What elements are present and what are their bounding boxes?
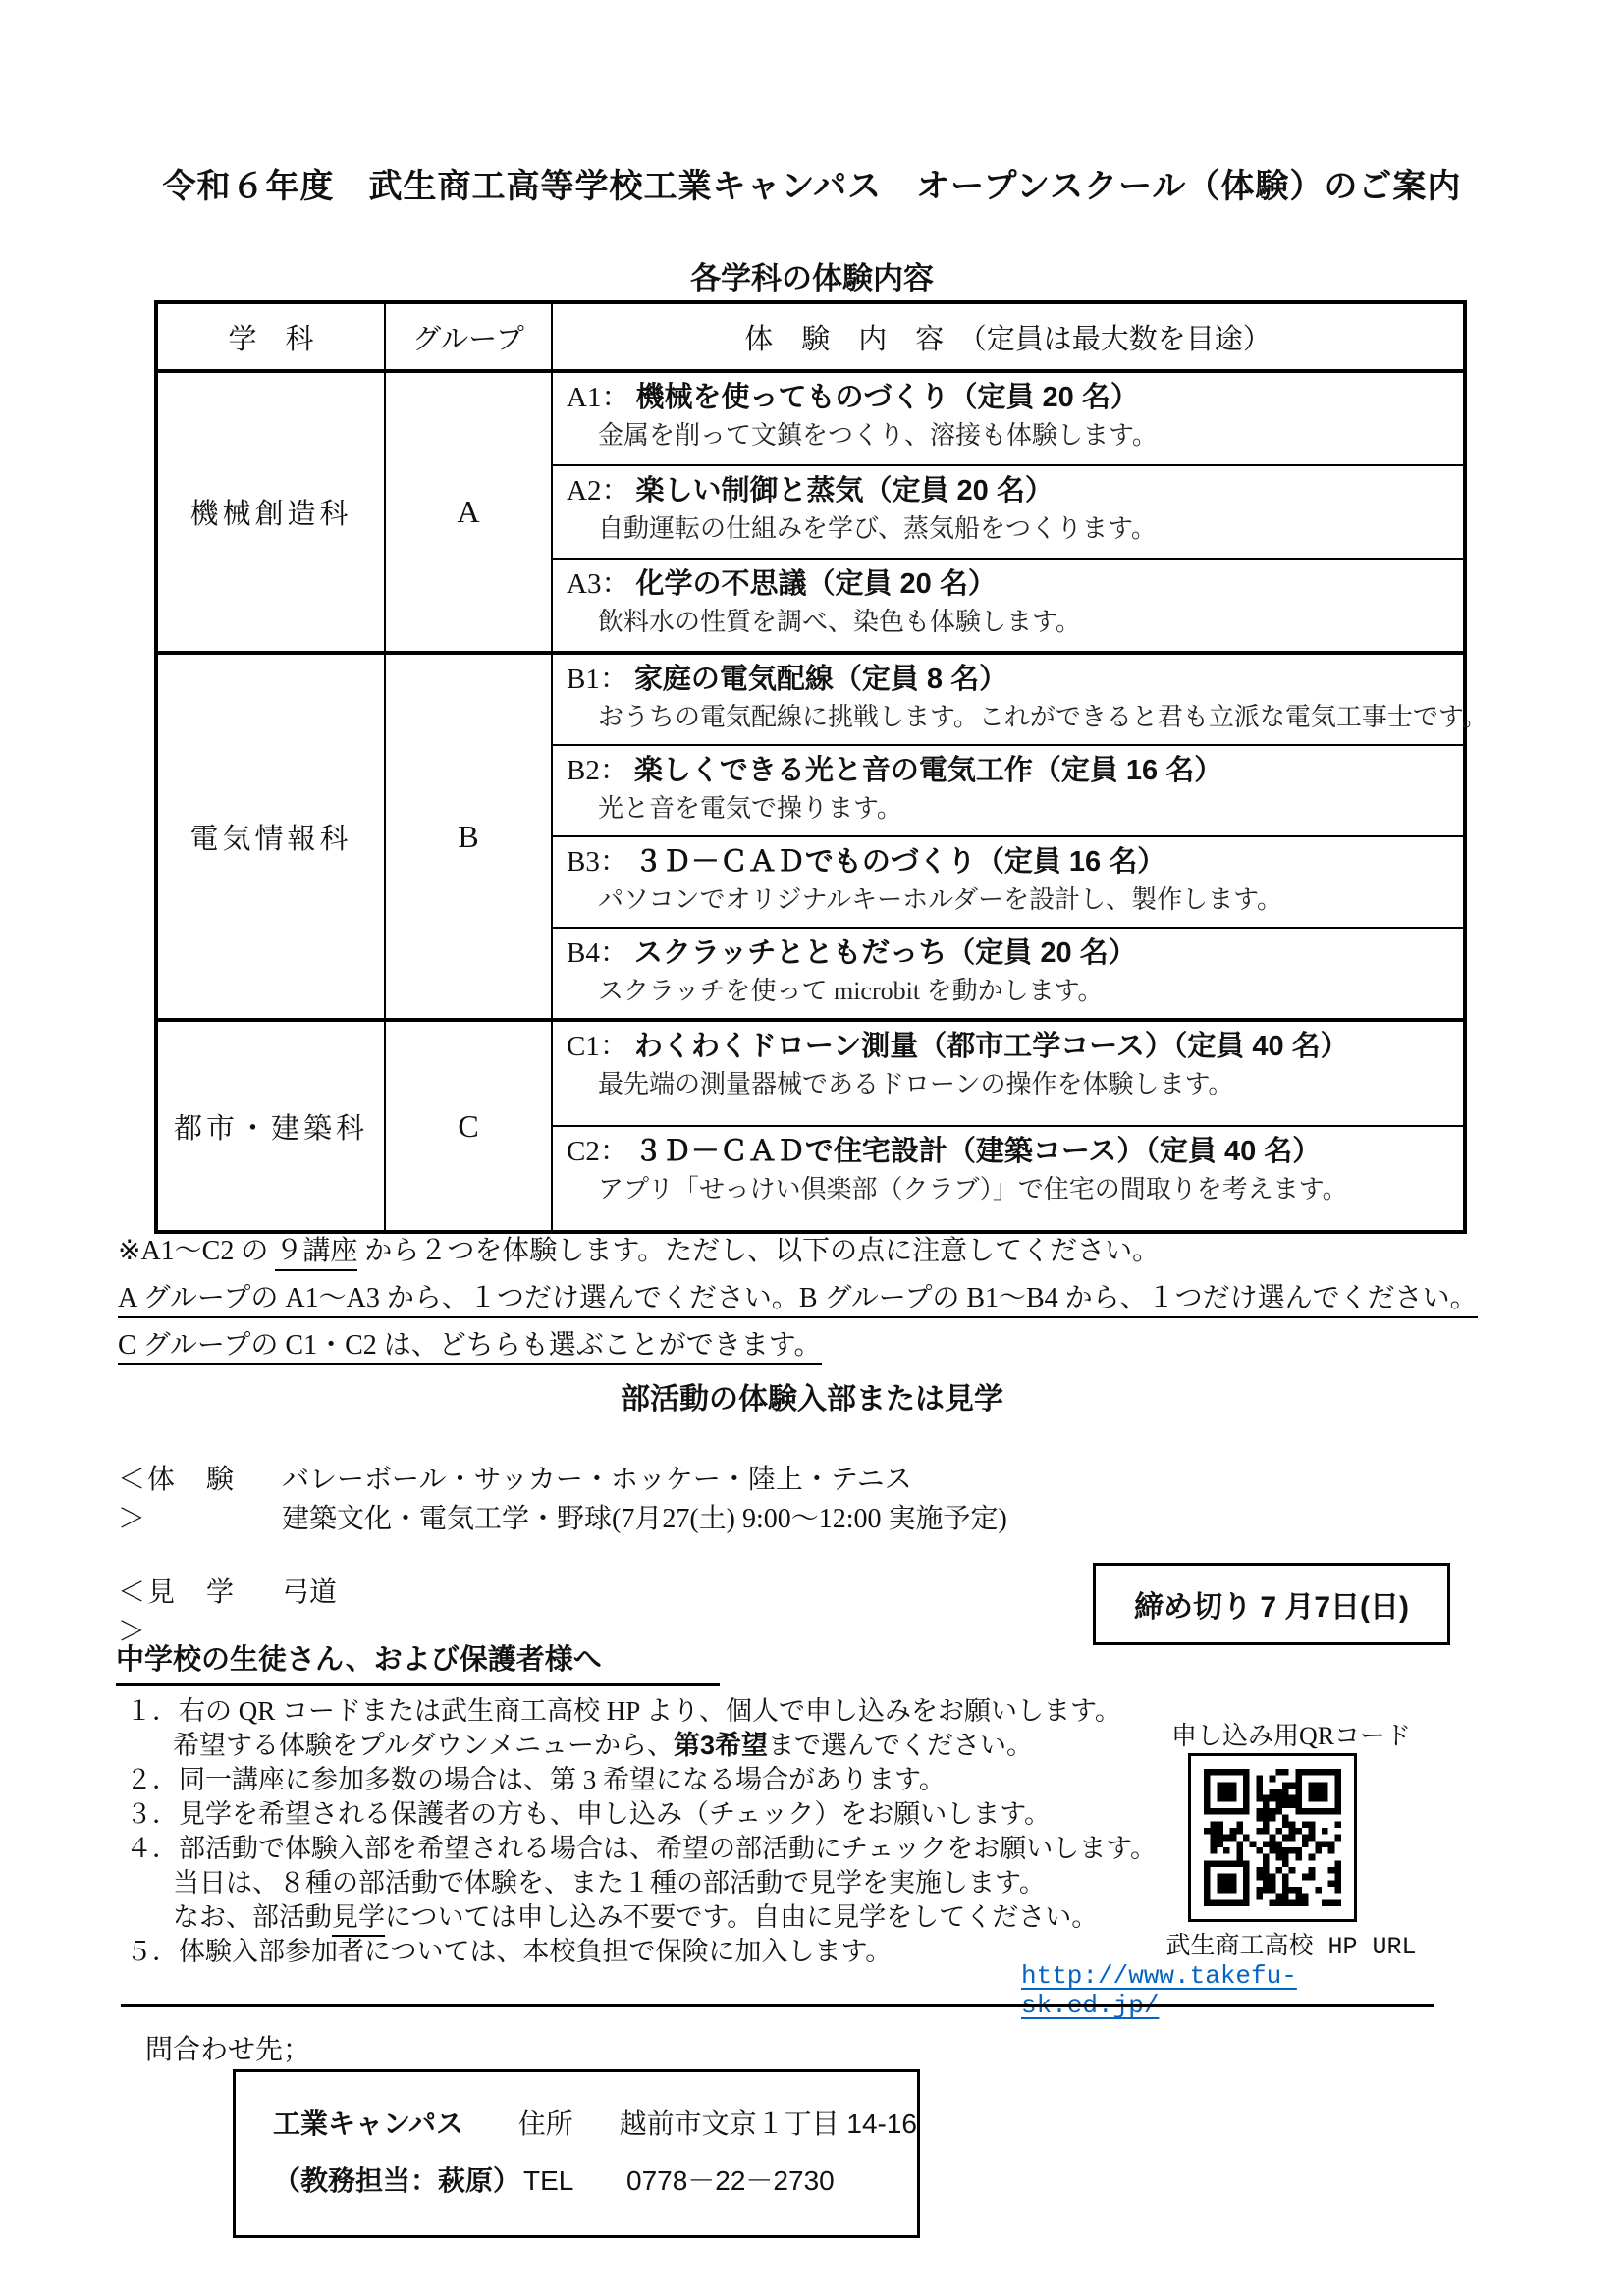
apply-bold-third-choice: 第3希望 bbox=[674, 1731, 768, 1760]
course-b2: B2：楽しくできる光と音の電気工作（定員 16 名） 光と音を電気で操ります。 bbox=[552, 745, 1465, 836]
apply-text: については申し込み不要です。自由に見学をしてください。 bbox=[385, 1902, 1098, 1932]
experience-table-heading: 各学科の体験内容 bbox=[0, 253, 1624, 297]
apply-item-1-line-2: 希望する体験をプルダウンメニューから、第3希望まで選んでください。 bbox=[126, 1729, 1176, 1763]
apply-item-5: ５．体験入部参加者については、本校負担で保険に加入します。 bbox=[126, 1935, 1176, 1969]
course-a2: A2：楽しい制御と蒸気（定員 20 名） 自動運転の仕組みを学び、蒸気船をつくり… bbox=[552, 465, 1465, 559]
footer-divider-line bbox=[121, 2004, 1434, 2007]
hp-url-link-wrap: http://www.takefu-sk.ed.jp/ bbox=[1021, 1961, 1434, 2020]
course-title: わくわくドローン測量（都市工学コース）（定員 40 名） bbox=[634, 1031, 1349, 1062]
qr-code-pattern bbox=[1204, 1769, 1341, 1906]
course-code: B3： bbox=[567, 846, 628, 878]
apply-underline-kengaku: 見学 bbox=[332, 1902, 385, 1937]
group-letter-a: A bbox=[385, 371, 552, 653]
note-line-1: ※A1～C2 の ９講座 から２つを体験します。ただし、以下の点に注意してくださ… bbox=[118, 1233, 1522, 1270]
dept-name-electric: 電気情報科 bbox=[156, 653, 385, 1020]
note-text: C グループの C1・C2 は、どちらも選ぶことができます。 bbox=[118, 1330, 822, 1365]
course-c2: C2：３Ｄ－ＣＡＤで住宅設計（建築コース）（定員 40 名） アプリ「せっけい倶… bbox=[552, 1126, 1465, 1232]
experience-table: 学 科 グループ 体 験 内 容 （定員は最大数を目途） 機械創造科 A A1：… bbox=[154, 300, 1467, 1234]
deadline-box: 締め切り 7 月7日(日) bbox=[1093, 1563, 1450, 1645]
dept-name-civil: 都市・建築科 bbox=[156, 1020, 385, 1232]
hp-url-label: 武生商工高校 HP URL bbox=[1119, 1926, 1463, 1961]
course-code: C2： bbox=[567, 1136, 628, 1167]
course-code: B4： bbox=[567, 937, 628, 969]
taiken-label: ＜体 験＞ bbox=[118, 1461, 250, 1539]
apply-section-heading: 中学校の生徒さん、および保護者様へ bbox=[116, 1637, 720, 1686]
col-header-group: グループ bbox=[385, 302, 552, 371]
club-section-heading: 部活動の体験入部または見学 bbox=[0, 1374, 1624, 1417]
note-text: A グループの A1～A3 から、１つだけ選んでください。B グループの B1～… bbox=[118, 1283, 1478, 1318]
contact-campus: 工業キャンパス bbox=[273, 2096, 518, 2153]
apply-item-4-line-1: ４．部活動で体験入部を希望される場合は、希望の部活動にチェックをお願いします。 bbox=[126, 1832, 1176, 1866]
course-description: おうちの電気配線に挑戦します。これができると君も立派な電気工事士です。 bbox=[553, 696, 1463, 732]
course-a1: A1：機械を使ってものづくり（定員 20 名） 金属を削って文鎮をつくり、溶接も… bbox=[552, 371, 1465, 465]
apply-item-4-line-3: なお、部活動見学については申し込み不要です。自由に見学をしてください。 bbox=[126, 1900, 1176, 1935]
note-underline-9courses: ９講座 bbox=[275, 1236, 357, 1271]
course-title: 楽しい制御と蒸気（定員 20 名） bbox=[635, 475, 1053, 507]
course-description: パソコンでオリジナルキーホルダーを設計し、製作します。 bbox=[553, 879, 1463, 915]
course-b1: B1：家庭の電気配線（定員 8 名） おうちの電気配線に挑戦します。これができる… bbox=[552, 653, 1465, 745]
page-title: 令和６年度 武生商工高等学校工業キャンパス オープンスクール（体験）のご案内 bbox=[0, 159, 1624, 207]
course-code: C1： bbox=[567, 1031, 628, 1062]
course-code: A3： bbox=[567, 568, 629, 600]
col-header-department: 学 科 bbox=[156, 302, 385, 371]
col-header-content: 体 験 内 容 （定員は最大数を目途） bbox=[552, 302, 1465, 371]
course-b3: B3：３Ｄ－ＣＡＤでものづくり（定員 16 名） パソコンでオリジナルキーホルダ… bbox=[552, 836, 1465, 928]
note-line-2: A グループの A1～A3 から、１つだけ選んでください。B グループの B1～… bbox=[118, 1280, 1522, 1317]
course-a3: A3：化学の不思議（定員 20 名） 飲料水の性質を調べ、染色も体験します。 bbox=[552, 559, 1465, 653]
course-code: A2： bbox=[567, 475, 629, 507]
apply-text: 希望する体験をプルダウンメニューから、 bbox=[173, 1731, 674, 1760]
apply-text: まで選んでください。 bbox=[768, 1731, 1033, 1760]
apply-instructions-list: １．右の QR コードまたは武生商工高校 HP より、個人で申し込みをお願いしま… bbox=[126, 1694, 1176, 1969]
note-text: から２つを体験します。ただし、以下の点に注意してください。 bbox=[357, 1236, 1160, 1266]
table-header-row: 学 科 グループ 体 験 内 容 （定員は最大数を目途） bbox=[156, 302, 1465, 371]
contact-tel-row: （教務担当：萩原） TEL 0778－22－2730 bbox=[273, 2153, 917, 2210]
course-description: スクラッチを使って microbit を動かします。 bbox=[553, 970, 1463, 1006]
apply-item-3: ３．見学を希望される保護者の方も、申し込み（チェック）をお願いします。 bbox=[126, 1797, 1176, 1832]
course-description: 光と音を電気で操ります。 bbox=[553, 787, 1463, 824]
course-description: 最先端の測量器械であるドローンの操作を体験します。 bbox=[553, 1063, 1463, 1099]
contact-box: 工業キャンパス 住所 越前市文京１丁目 14-16 （教務担当：萩原） TEL … bbox=[233, 2069, 920, 2238]
dept-name-mechanical: 機械創造科 bbox=[156, 371, 385, 653]
apply-text: なお、部活動 bbox=[173, 1902, 332, 1932]
taiken-sports-line1: バレーボール・サッカー・ホッケー・陸上・テニス bbox=[282, 1461, 1007, 1500]
course-title: 家庭の電気配線（定員 8 名） bbox=[634, 664, 1007, 695]
apply-item-2: ２．同一講座に参加多数の場合は、第 3 希望になる場合があります。 bbox=[126, 1763, 1176, 1797]
note-line-3: C グループの C1・C2 は、どちらも選ぶことができます。 bbox=[118, 1327, 1522, 1364]
apply-item-4-line-2: 当日は、８種の部活動で体験を、また１種の部活動で見学を実施します。 bbox=[126, 1866, 1176, 1900]
course-title: ３Ｄ－ＣＡＤで住宅設計（建築コース）（定員 40 名） bbox=[634, 1136, 1321, 1167]
course-title: スクラッチとともだっち（定員 20 名） bbox=[634, 937, 1137, 969]
contact-staff: （教務担当：萩原） bbox=[273, 2153, 523, 2210]
table-row: 機械創造科 A A1：機械を使ってものづくり（定員 20 名） 金属を削って文鎮… bbox=[156, 371, 1465, 465]
group-letter-b: B bbox=[385, 653, 552, 1020]
document-page: 令和６年度 武生商工高等学校工業キャンパス オープンスクール（体験）のご案内 各… bbox=[0, 0, 1624, 2296]
course-b4: B4：スクラッチとともだっち（定員 20 名） スクラッチを使って microb… bbox=[552, 928, 1465, 1020]
course-description: 飲料水の性質を調べ、染色も体験します。 bbox=[553, 601, 1463, 637]
contact-tel-label: TEL bbox=[523, 2153, 626, 2210]
course-description: アプリ「せっけい倶楽部（クラブ）」で住宅の間取りを考えます。 bbox=[553, 1168, 1463, 1204]
club-taiken-row: ＜体 験＞ バレーボール・サッカー・ホッケー・陸上・テニス 建築文化・電気工学・… bbox=[118, 1461, 1007, 1539]
qr-label: 申し込み用QRコード bbox=[1119, 1716, 1463, 1752]
taiken-sports-line2: 建築文化・電気工学・野球(7月27(土) 9:00～12:00 実施予定) bbox=[282, 1500, 1007, 1539]
group-letter-c: C bbox=[385, 1020, 552, 1232]
apply-item-1-line-1: １．右の QR コードまたは武生商工高校 HP より、個人で申し込みをお願いしま… bbox=[126, 1694, 1176, 1729]
qr-code bbox=[1188, 1753, 1357, 1922]
contact-address-value: 越前市文京１丁目 14-16 bbox=[620, 2096, 917, 2153]
course-code: A1： bbox=[567, 382, 629, 413]
course-title: 化学の不思議（定員 20 名） bbox=[635, 568, 996, 600]
course-title: 機械を使ってものづくり（定員 20 名） bbox=[635, 382, 1138, 413]
contact-address-row: 工業キャンパス 住所 越前市文京１丁目 14-16 bbox=[273, 2096, 917, 2153]
selection-notes: ※A1～C2 の ９講座 から２つを体験します。ただし、以下の点に注意してくださ… bbox=[118, 1233, 1522, 1374]
note-text: ※A1～C2 の bbox=[118, 1236, 275, 1266]
table-row: 電気情報科 B B1：家庭の電気配線（定員 8 名） おうちの電気配線に挑戦しま… bbox=[156, 653, 1465, 745]
course-title: ３Ｄ－ＣＡＤでものづくり（定員 16 名） bbox=[634, 846, 1165, 878]
contact-address-label: 住所 bbox=[518, 2096, 620, 2153]
course-title: 楽しくできる光と音の電気工作（定員 16 名） bbox=[634, 755, 1222, 786]
table-row: 都市・建築科 C C1：わくわくドローン測量（都市工学コース）（定員 40 名）… bbox=[156, 1020, 1465, 1126]
course-description: 金属を削って文鎮をつくり、溶接も体験します。 bbox=[553, 414, 1463, 451]
course-code: B2： bbox=[567, 755, 628, 786]
contact-tel-value: 0778－22－2730 bbox=[626, 2153, 835, 2210]
course-code: B1： bbox=[567, 664, 628, 695]
contact-intro: 問合わせ先； bbox=[145, 2028, 310, 2067]
course-c1: C1：わくわくドローン測量（都市工学コース）（定員 40 名） 最先端の測量器械… bbox=[552, 1020, 1465, 1126]
course-description: 自動運転の仕組みを学び、蒸気船をつくります。 bbox=[553, 507, 1463, 544]
school-hp-link[interactable]: http://www.takefu-sk.ed.jp/ bbox=[1021, 1961, 1297, 2020]
